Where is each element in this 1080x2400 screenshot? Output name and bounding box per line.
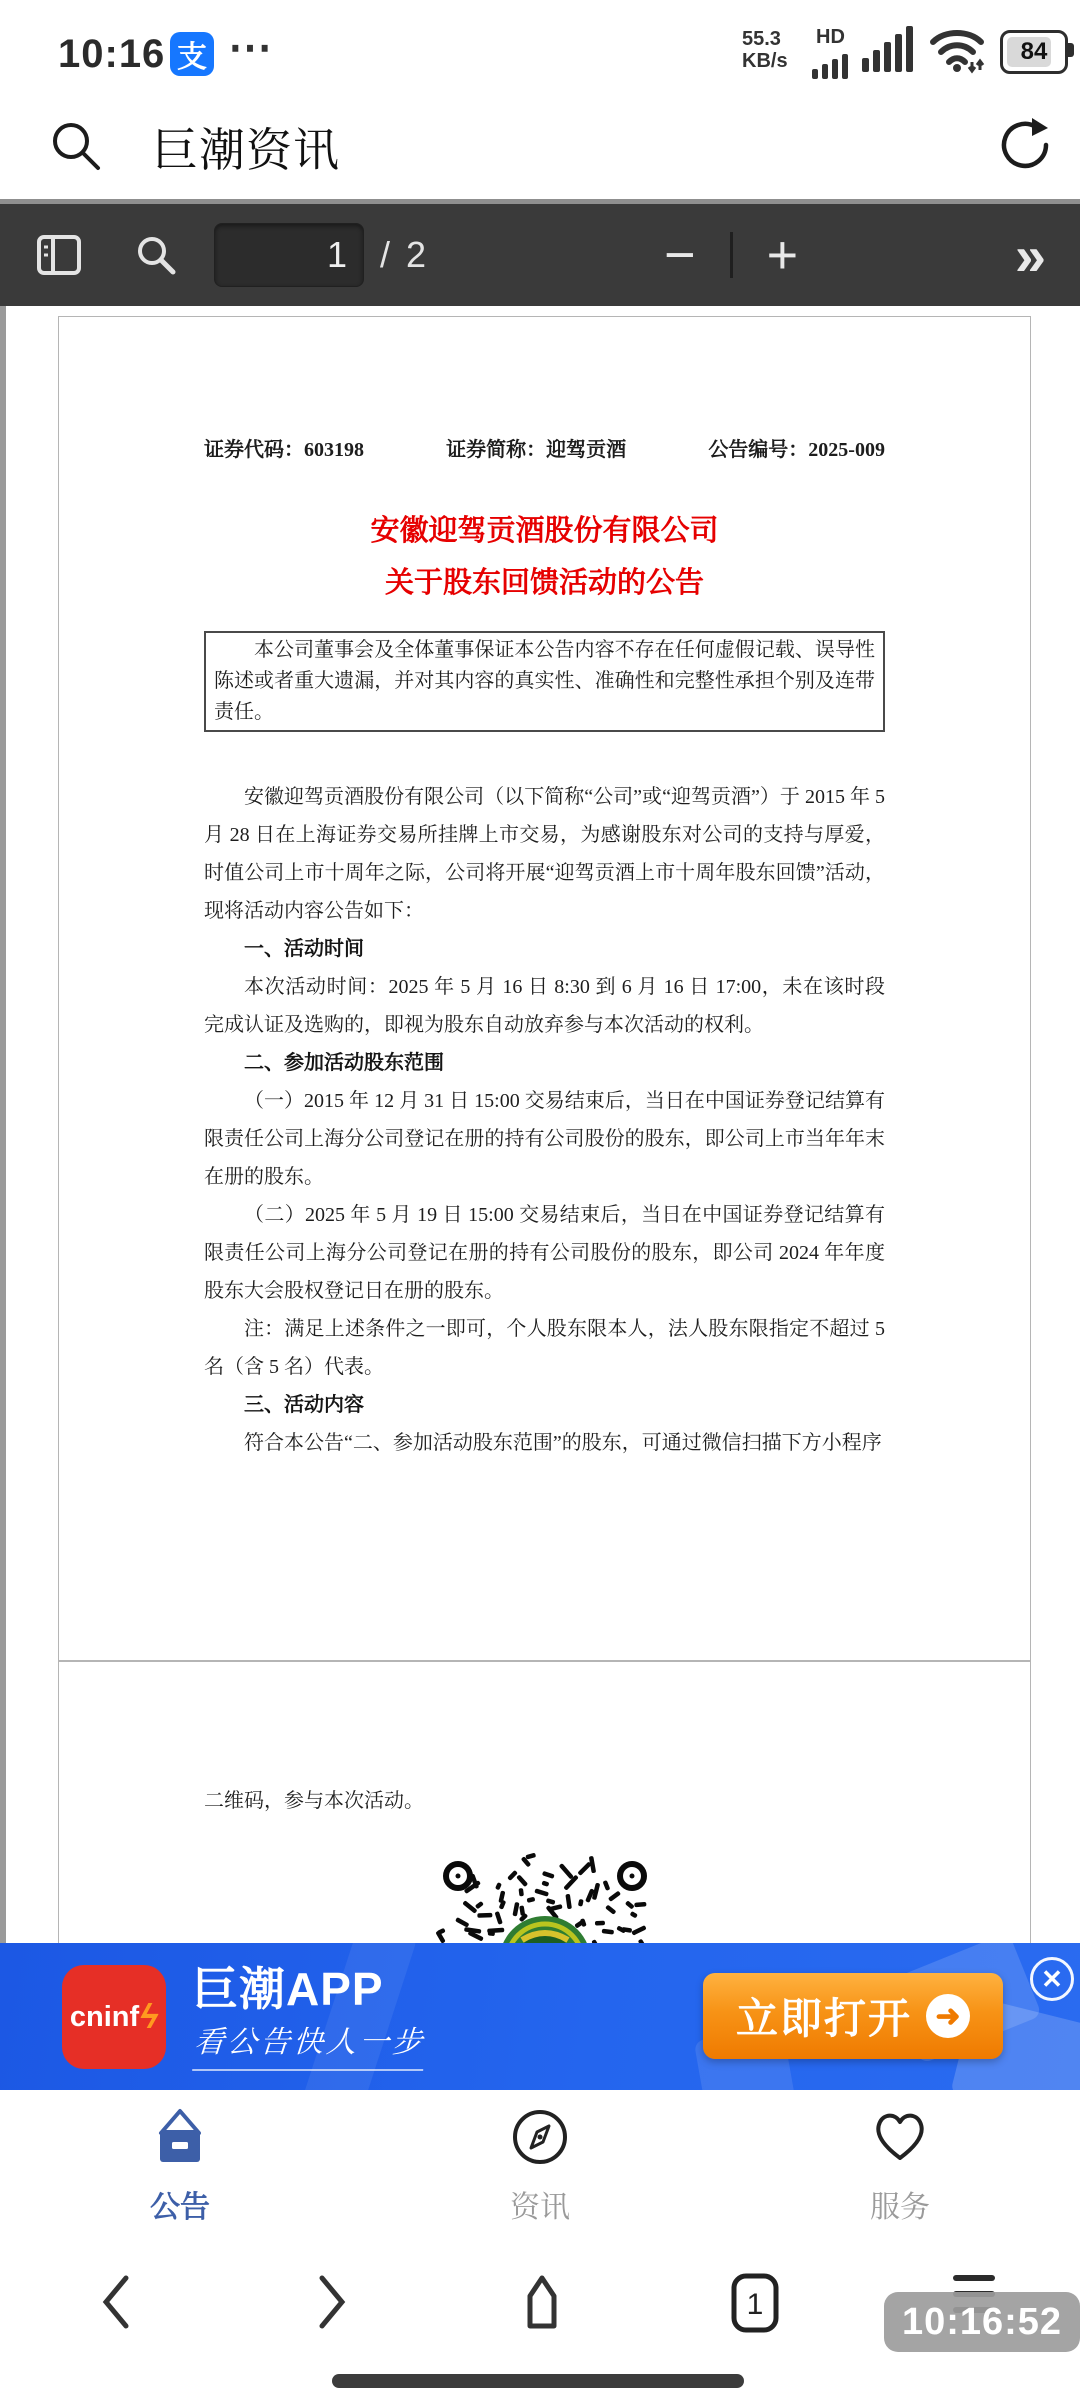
wifi-icon [928,24,986,74]
tab-services-label: 服务 [870,2182,930,2226]
zoom-out-button[interactable]: − [664,228,696,282]
paragraph-activity-time: 本次活动时间：2025 年 5 月 16 日 8:30 到 6 月 16 日 1… [204,968,885,1044]
battery-icon: 84 [1000,30,1068,74]
sidebar-toggle-icon[interactable] [36,234,82,276]
status-time: 10:16 [58,32,165,77]
paragraph-intro: 安徽迎驾贡酒股份有限公司（以下简称“公司”或“迎驾贡酒”）于 2015 年 5 … [204,778,885,930]
announcement-number: 公告编号：2025-009 [708,431,885,469]
search-icon[interactable] [48,118,104,174]
stock-code: 证券代码：603198 [204,431,364,469]
disclaimer-text: 本公司董事会及全体董事保证本公告内容不存在任何虚假记载、误导性陈述或者重大遗漏，… [214,635,875,728]
stock-short-name: 证券简称：迎驾贡酒 [446,431,626,469]
page-count-label: / 2 [380,234,429,276]
app-promo-banner[interactable]: cninfϟ 巨潮APP 看公告快人一步 立即打开 ➜ ✕ [0,1943,1080,2090]
tab-announcements[interactable]: 公告 [0,2090,360,2262]
app-header: 巨潮资讯 [0,92,1080,199]
home-indicator-bar[interactable] [332,2374,744,2388]
heading-activity-content: 三、活动内容 [204,1386,885,1424]
document-title-line1: 安徽迎驾贡酒股份有限公司 [204,505,885,557]
promo-slogan: 看公告快人一步 [192,2017,427,2071]
zoom-in-button[interactable]: + [767,228,799,282]
heart-icon [869,2106,931,2168]
heading-shareholder-scope: 二、参加活动股东范围 [204,1044,885,1082]
pdf-toolbar: / 2 − + » [0,199,1080,306]
document-title-line2: 关于股东回馈活动的公告 [204,557,885,609]
page-number-input[interactable] [214,223,364,287]
signal-icon-sim1 [862,26,917,72]
tab-announcements-label: 公告 [150,2182,210,2226]
alipay-notification-icon: 支 [170,32,214,76]
announcement-icon [149,2106,211,2168]
home-icon[interactable] [512,2270,572,2334]
paragraph-content: 符合本公告“二、参加活动股东范围”的股东，可通过微信扫描下方小程序 [204,1424,885,1462]
cninf-logo-swirl-icon: ϟ [140,1998,158,2037]
tab-news-label: 资讯 [510,2182,570,2226]
network-speed-value: 55.3 [742,28,788,50]
tabs-button[interactable]: 1 [728,2272,782,2334]
close-banner-icon[interactable]: ✕ [1030,1957,1074,2001]
android-navigation-bar: 1 10:16:52 [0,2262,1080,2400]
battery-level: 84 [1021,38,1048,66]
more-tools-button[interactable]: » [1015,223,1046,288]
document-meta-row: 证券代码：603198 证券简称：迎驾贡酒 公告编号：2025-009 [204,431,885,469]
toolbar-divider [730,232,733,278]
network-speed-unit: KB/s [742,50,788,72]
compass-icon [509,2106,571,2168]
cninf-logo: cninfϟ [62,1965,166,2069]
cninf-logo-text: cninf [70,2001,139,2034]
open-app-label: 立即打开 [736,1986,912,2046]
arrow-right-icon: ➜ [926,1994,970,2038]
paragraph-qr-caption: 二维码，参与本次活动。 [204,1782,885,1820]
tab-services[interactable]: 服务 [720,2090,1080,2262]
paragraph-scope-1: （一）2015 年 12 月 31 日 15:00 交易结束后，当日在中国证券登… [204,1082,885,1196]
open-app-button[interactable]: 立即打开 ➜ [703,1973,1003,2059]
refresh-icon[interactable] [996,116,1054,174]
pdf-page-1: 证券代码：603198 证券简称：迎驾贡酒 公告编号：2025-009 安徽迎驾… [58,316,1031,1661]
network-speed: 55.3 KB/s [742,28,788,72]
disclaimer-box: 本公司董事会及全体董事保证本公告内容不存在任何虚假记载、误导性陈述或者重大遗漏，… [204,631,885,732]
screen-clock-overlay: 10:16:52 [884,2292,1080,2352]
tab-count: 1 [747,2288,764,2321]
forward-icon[interactable] [300,2270,360,2334]
heading-activity-time: 一、活动时间 [204,930,885,968]
status-bar: 10:16 支 ⋯ 55.3 KB/s HD 84 [0,0,1080,92]
hd-volte-icon: HD [816,26,845,49]
signal-icon-sim2 [812,54,852,79]
promo-app-name: 巨潮APP [192,1953,384,2019]
paragraph-note: 注：满足上述条件之一即可，个人股东限本人，法人股东限指定不超过 5 名（含 5 … [204,1310,885,1386]
tab-news[interactable]: 资讯 [360,2090,720,2262]
find-in-document-icon[interactable] [134,233,178,277]
more-notifications-icon: ⋯ [228,22,274,73]
page-title: 巨潮资讯 [152,114,340,180]
back-icon[interactable] [88,2270,148,2334]
bottom-tab-bar: 公告 资讯 服务 [0,2090,1080,2262]
paragraph-scope-2: （二）2025 年 5 月 19 日 15:00 交易结束后，当日在中国证券登记… [204,1196,885,1310]
viewer-edge-strip [0,306,6,2090]
